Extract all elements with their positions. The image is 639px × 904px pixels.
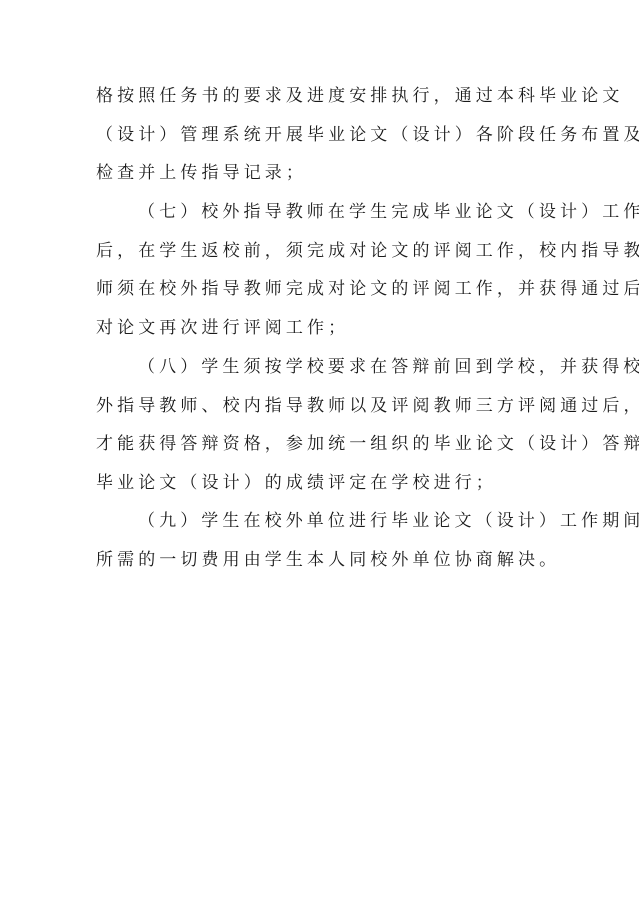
text-line: 外指导教师、校内指导教师以及评阅教师三方评阅通过后， xyxy=(96,396,546,416)
clause-9-first-line: （九）学生在校外单位进行毕业论文（设计）工作期间 xyxy=(138,511,588,531)
text-line: 毕业论文（设计）的成绩评定在学校进行； xyxy=(96,473,546,493)
text-line: 所需的一切费用由学生本人同校外单位协商解决。 xyxy=(96,550,546,570)
text-line: 格按照任务书的要求及进度安排执行，通过本科毕业论文 xyxy=(96,86,546,106)
text-line: 才能获得答辩资格，参加统一组织的毕业论文（设计）答辩， xyxy=(96,434,546,454)
text-line: 师须在校外指导教师完成对论文的评阅工作，并获得通过后， xyxy=(96,279,546,299)
clause-8-first-line: （八）学生须按学校要求在答辩前回到学校，并获得校 xyxy=(138,357,588,377)
clause-7-first-line: （七）校外指导教师在学生完成毕业论文（设计）工作 xyxy=(138,202,588,222)
text-line: 后，在学生返校前，须完成对论文的评阅工作，校内指导教 xyxy=(96,241,546,261)
text-line: 检查并上传指导记录； xyxy=(96,163,546,183)
document-page: 格按照任务书的要求及进度安排执行，通过本科毕业论文 （设计）管理系统开展毕业论文… xyxy=(0,0,639,904)
text-line: （设计）管理系统开展毕业论文（设计）各阶段任务布置及 xyxy=(96,125,546,145)
text-line: 对论文再次进行评阅工作； xyxy=(96,318,546,338)
